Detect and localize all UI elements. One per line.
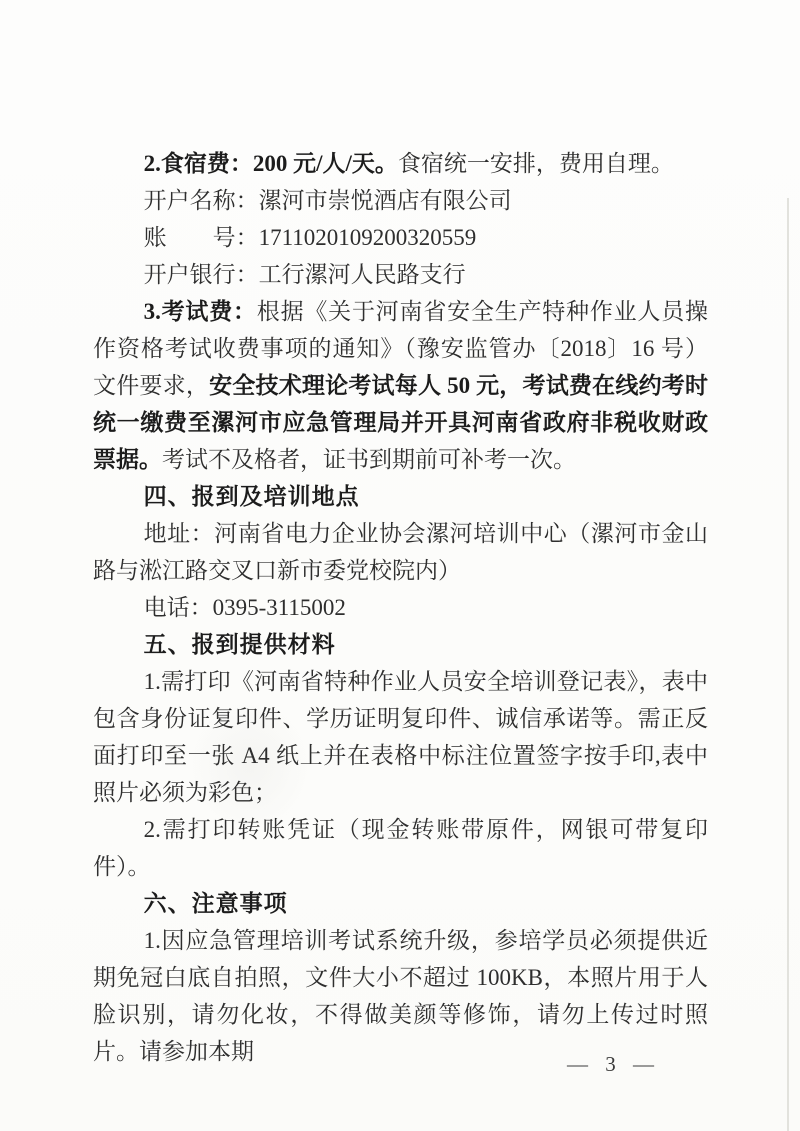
text-run: 食宿统一安排，费用自理。 — [398, 151, 674, 176]
paragraph: 2.食宿费：200 元/人/天。食宿统一安排，费用自理。 — [93, 145, 708, 182]
emphasis-text-run: 四、报到及培训地点 — [144, 483, 360, 509]
paragraph: 开户名称：漯河市崇悦酒店有限公司 — [93, 182, 708, 219]
emphasis-text-run: 3.考试费： — [144, 299, 257, 324]
text-run: 开户银行：工行漯河人民路支行 — [144, 262, 466, 287]
paragraph: 1.需打印《河南省特种作业人员安全培训登记表》，表中包含身份证复印件、学历证明复… — [93, 663, 708, 811]
text-run: 电话：0395-3115002 — [144, 595, 346, 620]
section-heading: 六、注意事项 — [93, 885, 708, 922]
text-run: 开户名称：漯河市崇悦酒店有限公司 — [144, 188, 512, 213]
text-run: 地址：河南省电力企业协会漯河培训中心（漯河市金山路与淞江路交叉口新市委党校院内） — [93, 521, 708, 583]
emphasis-text-run: 2.食宿费：200 元/人/天。 — [144, 151, 398, 176]
paragraph: 开户银行：工行漯河人民路支行 — [93, 256, 708, 293]
text-run: 账 号：1711020109200320559 — [144, 225, 477, 250]
document-body: 2.食宿费：200 元/人/天。食宿统一安排，费用自理。开户名称：漯河市崇悦酒店… — [93, 145, 708, 1070]
paragraph: 账 号：1711020109200320559 — [93, 219, 708, 256]
scanned-document-page: 2.食宿费：200 元/人/天。食宿统一安排，费用自理。开户名称：漯河市崇悦酒店… — [0, 0, 800, 1131]
page-number: — 3 — — [567, 1052, 660, 1077]
paragraph: 2.需打印转账凭证（现金转账带原件，网银可带复印件）。 — [93, 811, 708, 885]
paragraph: 3.考试费：根据《关于河南省安全生产特种作业人员操作资格考试收费事项的通知》（豫… — [93, 293, 708, 478]
emphasis-text-run: 六、注意事项 — [144, 890, 288, 916]
text-run: 2.需打印转账凭证（现金转账带原件，网银可带复印件）。 — [93, 817, 708, 879]
scan-edge-line — [787, 198, 789, 1131]
text-run: 1.因应急管理培训考试系统升级，参培学员必须提供近期免冠白底自拍照，文件大小不超… — [93, 928, 708, 1064]
text-run: 考试不及格者，证书到期前可补考一次。 — [162, 447, 576, 472]
paragraph: 地址：河南省电力企业协会漯河培训中心（漯河市金山路与淞江路交叉口新市委党校院内） — [93, 515, 708, 589]
paragraph: 1.因应急管理培训考试系统升级，参培学员必须提供近期免冠白底自拍照，文件大小不超… — [93, 922, 708, 1070]
section-heading: 五、报到提供材料 — [93, 626, 708, 663]
section-heading: 四、报到及培训地点 — [93, 478, 708, 515]
paragraph: 电话：0395-3115002 — [93, 589, 708, 626]
text-run: 1.需打印《河南省特种作业人员安全培训登记表》，表中包含身份证复印件、学历证明复… — [93, 669, 708, 805]
emphasis-text-run: 五、报到提供材料 — [144, 631, 336, 657]
